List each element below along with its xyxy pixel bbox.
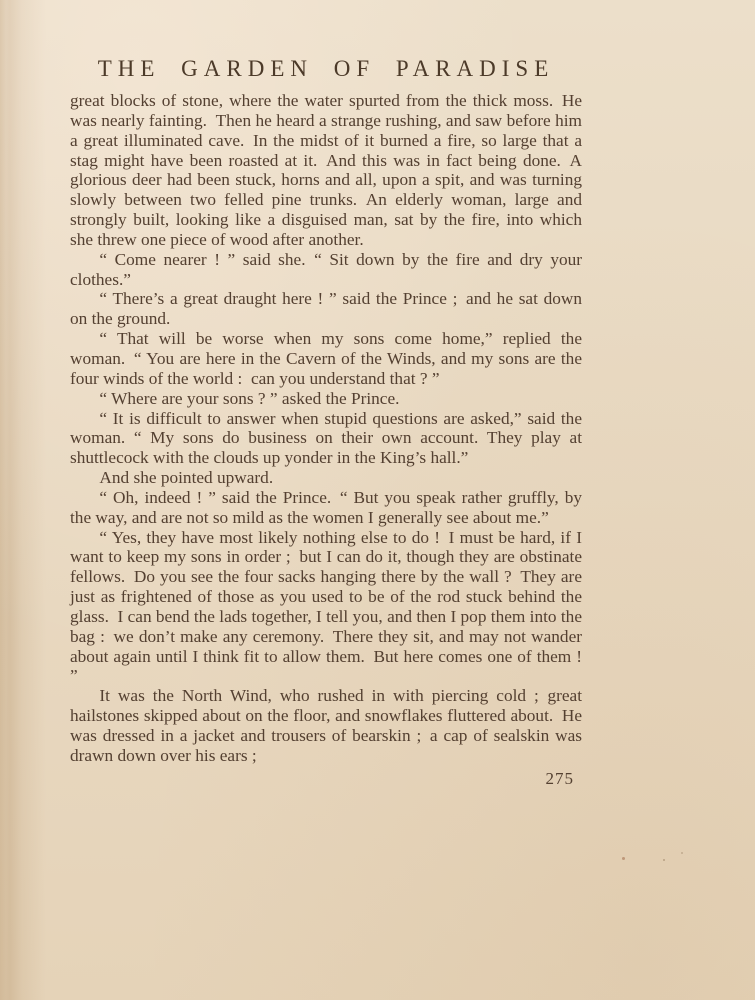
book-page: THE GARDEN OF PARADISE great blocks of s… <box>0 0 755 1000</box>
page-title: THE GARDEN OF PARADISE <box>70 56 582 82</box>
story-paragraph: “ Come nearer ! ” said she. “ Sit down b… <box>70 250 582 290</box>
paper-speck <box>681 852 683 854</box>
story-paragraph: And she pointed upward. <box>70 468 582 488</box>
paper-speck <box>622 857 625 860</box>
story-paragraph: “ Where are your sons ? ” asked the Prin… <box>70 389 582 409</box>
story-paragraph: “ There’s a great draught here ! ” said … <box>70 289 582 329</box>
story-paragraph: “ Oh, indeed ! ” said the Prince. “ But … <box>70 488 582 528</box>
story-paragraph: “ That will be worse when my sons come h… <box>70 329 582 389</box>
story-paragraph: “ It is difficult to answer when stupid … <box>70 409 582 469</box>
text-block: THE GARDEN OF PARADISE great blocks of s… <box>70 0 582 789</box>
page-number: 275 <box>70 769 582 789</box>
story-paragraph: great blocks of stone, where the water s… <box>70 91 582 250</box>
page-edge-shadow <box>0 0 6 1000</box>
story-paragraph: “ Yes, they have most likely nothing els… <box>70 528 582 687</box>
paper-speck <box>663 859 665 861</box>
story-paragraph: It was the North Wind, who rushed in wit… <box>70 686 582 765</box>
story-text: great blocks of stone, where the water s… <box>70 91 582 766</box>
